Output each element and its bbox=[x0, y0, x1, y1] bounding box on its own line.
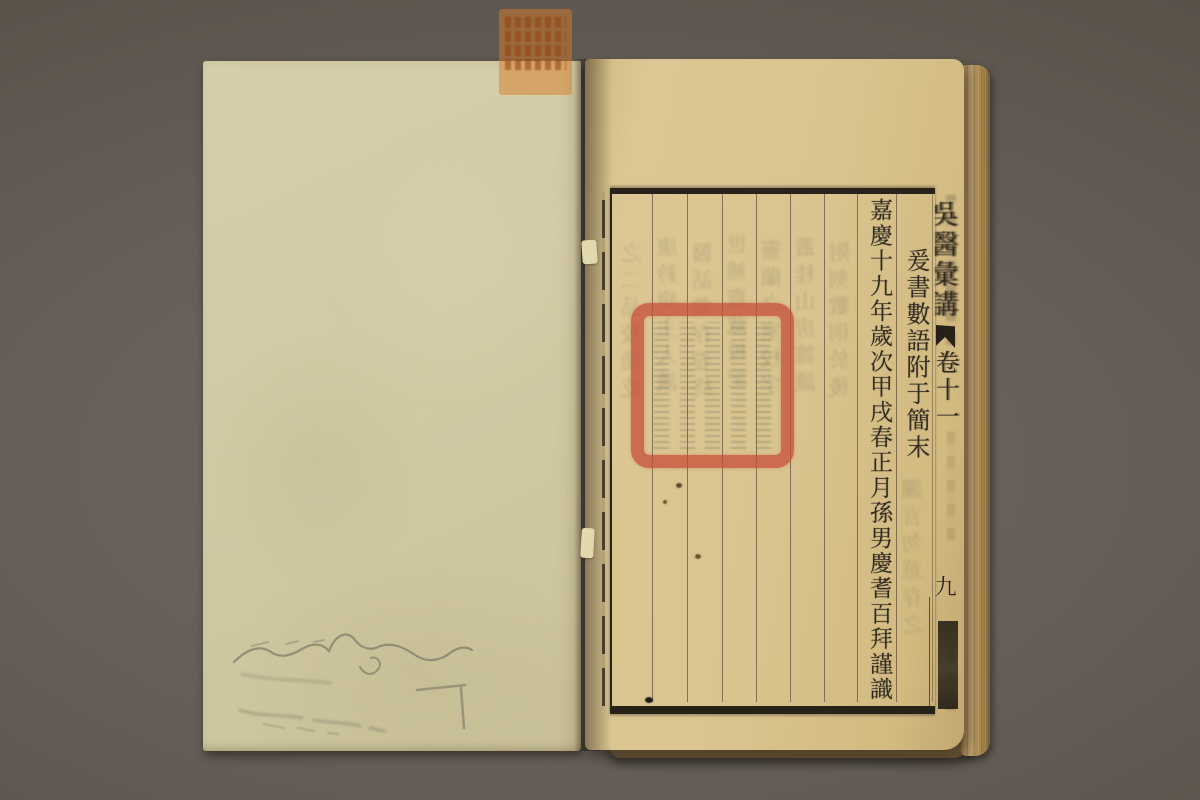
red-collector-seal bbox=[631, 303, 794, 468]
colophon-line-jiaqing: 嘉慶十九年歲次甲戌春正月孫男慶耆百拜謹識 bbox=[858, 198, 896, 710]
ink-spot bbox=[645, 697, 653, 703]
ink-smudge bbox=[946, 640, 955, 710]
foxing-spot bbox=[676, 483, 682, 488]
leaf-page-number: 九 bbox=[934, 575, 960, 605]
seal-interior bbox=[648, 320, 777, 451]
seal-script-column bbox=[680, 322, 695, 449]
ink-smudge bbox=[947, 430, 955, 540]
page-edge-streaks bbox=[960, 65, 990, 756]
bleedthrough-column: 叢桂山房雜識 bbox=[791, 236, 820, 666]
paper-repair-tab bbox=[580, 528, 595, 559]
seal-script-column bbox=[654, 322, 669, 449]
stamp-glyph-row bbox=[505, 17, 566, 28]
paper-repair-tab bbox=[581, 240, 598, 265]
frame-outer-border bbox=[602, 192, 605, 706]
foxing-spot bbox=[663, 500, 667, 504]
page-fold-edge bbox=[960, 65, 990, 756]
bleedthrough-column: 附刻數則於後 bbox=[825, 241, 853, 661]
banxin-rule bbox=[929, 597, 930, 709]
colophon-line-yuan: 爰書數語附于簡末 bbox=[897, 248, 933, 468]
stamp-glyph-row bbox=[505, 45, 566, 56]
pencil-inscription bbox=[212, 612, 492, 752]
seal-script-column bbox=[731, 322, 746, 449]
foxing-spot bbox=[695, 554, 701, 559]
stamp-glyph-row bbox=[505, 31, 566, 42]
orange-library-stamp bbox=[499, 9, 572, 95]
stamp-glyph-row bbox=[505, 59, 566, 70]
bleedthrough-column: 讕言勿葸存之 bbox=[898, 478, 928, 703]
seal-script-column bbox=[705, 322, 720, 449]
ink-smudge bbox=[946, 195, 956, 345]
photo-of-open-book: 之二品挍勘訖 康鈐廎主人識 醫話彙存卷終 世補齋藏板記 靈蘭之室校字 叢桂山房雜… bbox=[0, 0, 1200, 800]
seal-script-column bbox=[756, 322, 771, 449]
